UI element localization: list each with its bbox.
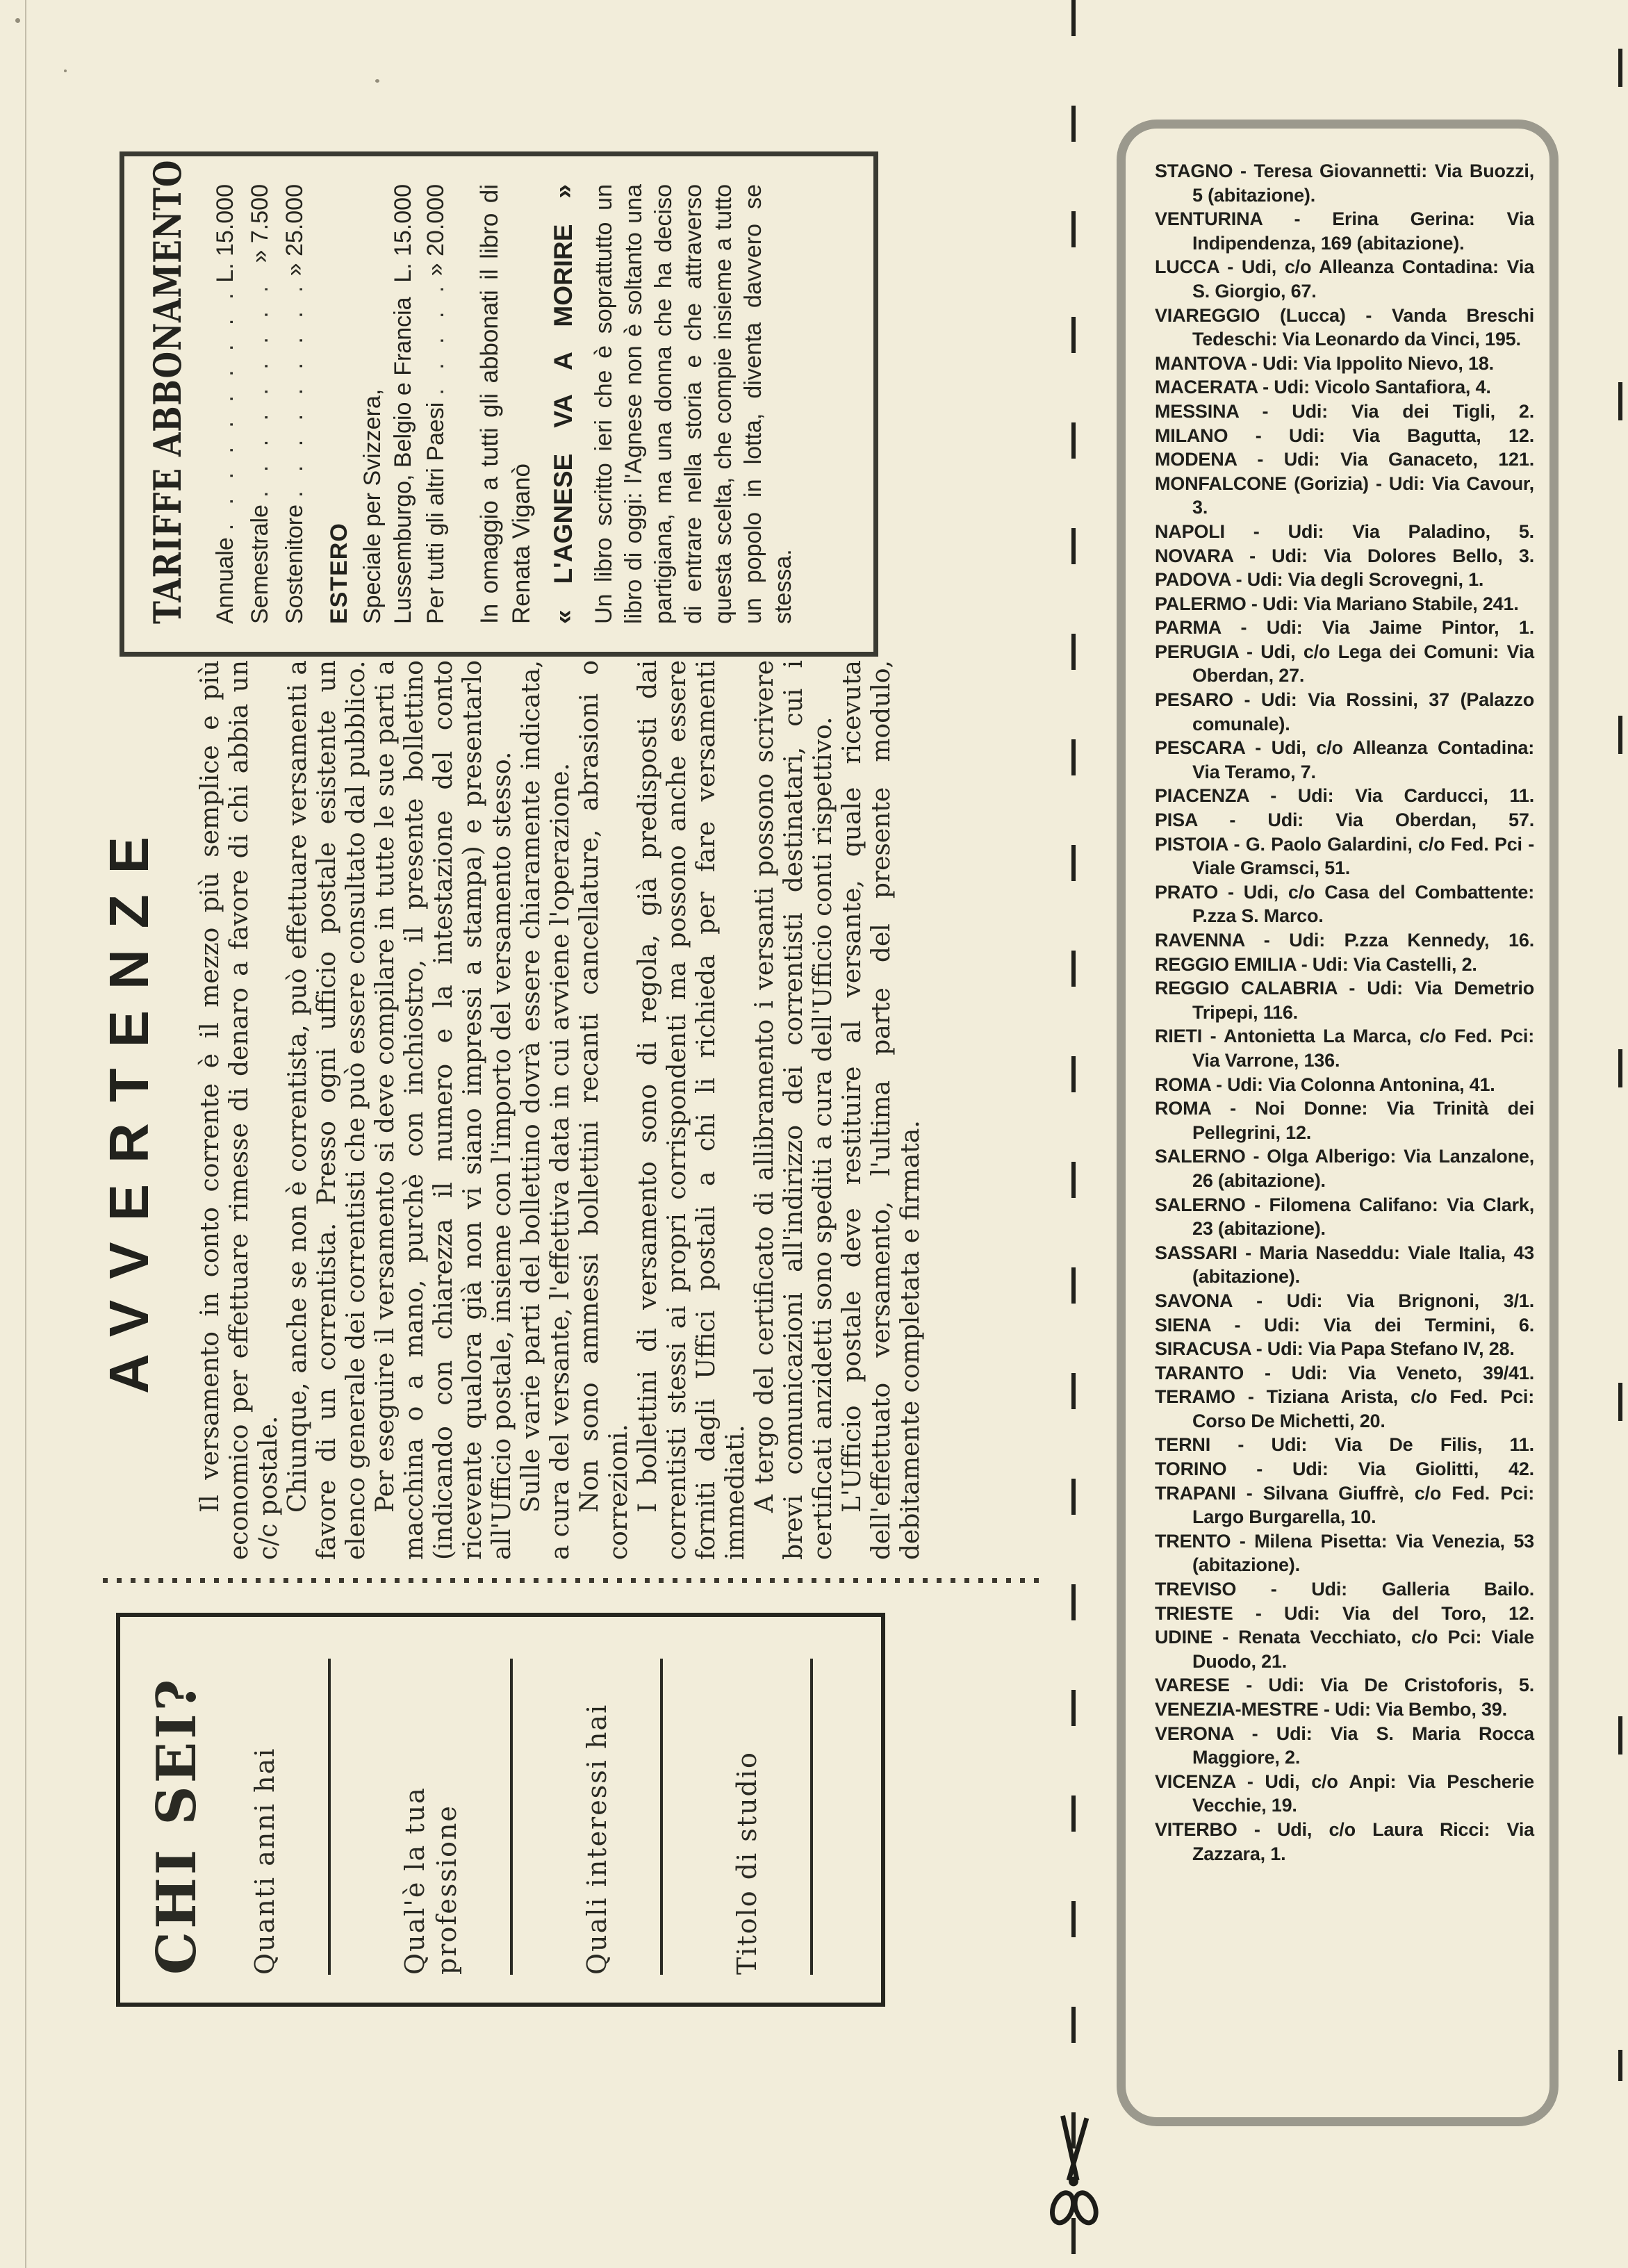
directory-entry: PISTOIA - G. Paolo Galardini, c/o Fed. P… (1155, 832, 1534, 880)
subscription-rates-card: TARIFFE ABBONAMENTO AnnualeL. 15.000Seme… (120, 151, 878, 657)
directory-entry: PRATO - Udi, c/o Casa del Combattente: P… (1155, 880, 1534, 928)
directory-entry: VITERBO - Udi, c/o Laura Ricci: Via Zazz… (1155, 1818, 1534, 1866)
rotated-left-section: TARIFFE ABBONAMENTO AnnualeL. 15.000Seme… (42, 42, 1070, 2224)
rate-row: Semestrale» 7.500 (242, 184, 277, 624)
rate-value: » 25.000 (277, 184, 312, 288)
form-field-blank-line (810, 1659, 813, 1975)
directory-entry: MESSINA - Udi: Via dei Tigli, 2. (1155, 400, 1534, 424)
directory-entry: PERUGIA - Udi, c/o Lega dei Comuni: Via … (1155, 640, 1534, 688)
directory-entry: VENEZIA-MESTRE - Udi: Via Bembo, 39. (1155, 1698, 1534, 1722)
directory-entry: TORINO - Udi: Via Giolitti, 42. (1155, 1457, 1534, 1481)
directory-entry: VENTURINA - Erina Gerina: Via Indipenden… (1155, 207, 1534, 255)
directory-entry: PIACENZA - Udi: Via Carducci, 11. (1155, 784, 1534, 808)
form-field-label: Quali interessi hai (581, 1645, 613, 1975)
rate-label: Sostenitore (277, 504, 312, 624)
avvertenze-paragraph: I bollettini di versamento sono di regol… (634, 660, 750, 1560)
directory-entry: VIAREGGIO (Lucca) - Vanda Breschi Tedesc… (1155, 304, 1534, 352)
avvertenze-paragraph: Il versamento in conto corrente è il mez… (196, 660, 283, 1560)
directory-entry: SALERNO - Filomena Califano: Via Clark, … (1155, 1193, 1534, 1241)
scan-fold-line (25, 0, 26, 2268)
directory-entry: UDINE - Renata Vecchiato, c/o Pci: Viale… (1155, 1625, 1534, 1673)
form-field-label: Qual'è la tua professione (399, 1645, 463, 1975)
directory-entry: MACERATA - Udi: Vicolo Santafiora, 4. (1155, 375, 1534, 400)
dotted-cut-line (103, 1578, 1042, 1583)
avvertenze-paragraph: Non sono ammessi bollettini recanti canc… (575, 660, 634, 1560)
scissors-icon (1035, 2111, 1112, 2230)
directory-entry: NAPOLI - Udi: Via Paladino, 5. (1155, 520, 1534, 544)
rate-label: Annuale (208, 537, 242, 624)
directory-entry: TRIESTE - Udi: Via del Toro, 12. (1155, 1602, 1534, 1626)
avvertenze-paragraph: Chiunque, anche se non è correntista, pu… (283, 660, 371, 1560)
directory-entry: MANTOVA - Udi: Via Ippolito Nievo, 18. (1155, 352, 1534, 376)
estero-rate2-row: Per tutti gli altri Paesi » 20.000 (418, 184, 453, 624)
directory-entry: ROMA - Noi Donne: Via Trinità dei Pelleg… (1155, 1096, 1534, 1144)
avvertenze-paragraph: Sulle varie parti del bollettino dovrà e… (517, 660, 575, 1560)
directory-entry: SAVONA - Udi: Via Brignoni, 3/1. (1155, 1289, 1534, 1313)
avvertenze-paragraph: A tergo del certificato di allibramento … (750, 660, 838, 1560)
gift-note: In omaggio a tutti gli abbonati il libro… (474, 184, 538, 624)
directory-entry: RAVENNA - Udi: P.zza Kennedy, 16. (1155, 928, 1534, 953)
directory-entry: TERAMO - Tiziana Arista, c/o Fed. Pci: C… (1155, 1385, 1534, 1433)
directory-entry: SASSARI - Maria Naseddu: Viale Italia, 4… (1155, 1241, 1534, 1289)
rate-value: » 7.500 (242, 184, 277, 288)
directory-entry: VERONA - Udi: Via S. Maria Rocca Maggior… (1155, 1722, 1534, 1770)
directory-entry: PESCARA - Udi, c/o Alleanza Contadina: V… (1155, 736, 1534, 784)
dot-leader (208, 288, 242, 537)
dot-leader (418, 288, 453, 402)
chi-sei-fields: Quanti anni haiQual'è la tua professione… (249, 1645, 813, 1975)
directory-entry: MILANO - Udi: Via Bagutta, 12. (1155, 424, 1534, 448)
form-field-blank-line (660, 1659, 663, 1975)
book-title: « L'AGNESE VA A MORIRE » (549, 184, 578, 624)
directory-entry: RIETI - Antonietta La Marca, c/o Fed. Pc… (1155, 1024, 1534, 1072)
directory-entry: MODENA - Udi: Via Ganaceto, 121. (1155, 447, 1534, 472)
local-contacts-card: STAGNO - Teresa Giovannetti: Via Buozzi,… (1117, 120, 1559, 2126)
directory-entry: PADOVA - Udi: Via degli Scrovegni, 1. (1155, 568, 1534, 592)
directory-entry: VARESE - Udi: Via De Cristoforis, 5. (1155, 1673, 1534, 1698)
estero-heading: ESTERO (326, 184, 353, 624)
rate-label: Semestrale (242, 504, 277, 624)
avvertenze-section: AVVERTENZE Il versamento in conto corren… (97, 660, 926, 1560)
directory-entry: TERNI - Udi: Via De Filis, 11. (1155, 1433, 1534, 1457)
form-field: Titolo di studio (731, 1645, 813, 1975)
directory-entry: PISA - Udi: Via Oberdan, 57. (1155, 808, 1534, 832)
form-field-label: Titolo di studio (731, 1645, 763, 1975)
directory-entry: LUCCA - Udi, c/o Alleanza Contadina: Via… (1155, 255, 1534, 303)
directory-entry: REGGIO CALABRIA - Udi: Via Demetrio Trip… (1155, 976, 1534, 1024)
directory-entry: TREVISO - Udi: Galleria Bailo. (1155, 1577, 1534, 1602)
directory-entry: SALERNO - Olga Alberigo: Via Lanzalone, … (1155, 1144, 1534, 1192)
form-field-blank-line (510, 1659, 513, 1975)
directory-entry: PESARO - Udi: Via Rossini, 37 (Palazzo c… (1155, 688, 1534, 736)
directory-entry: ROMA - Udi: Via Colonna Antonina, 41. (1155, 1073, 1534, 1097)
rate-row: AnnualeL. 15.000 (208, 184, 242, 624)
directory-entry: NOVARA - Udi: Via Dolores Bello, 3. (1155, 544, 1534, 568)
right-edge-dashed-line (1618, 49, 1622, 2081)
scanned-magazine-page: TARIFFE ABBONAMENTO AnnualeL. 15.000Seme… (0, 0, 1628, 2268)
directory-entry: STAGNO - Teresa Giovannetti: Via Buozzi,… (1155, 159, 1534, 207)
dot-leader (277, 288, 312, 504)
book-blurb: Un libro scritto ieri che è soprattutto … (589, 184, 798, 624)
form-field: Quanti anni hai (249, 1645, 331, 1975)
directory-entry: TRENTO - Milena Pisetta: Via Venezia, 53… (1155, 1529, 1534, 1577)
directory-entry: MONFALCONE (Gorizia) - Udi: Via Cavour, … (1155, 472, 1534, 520)
chi-sei-title: CHI SEI? (145, 1645, 208, 1975)
directory-entry: REGGIO EMILIA - Udi: Via Castelli, 2. (1155, 953, 1534, 977)
ink-speck (15, 18, 20, 23)
vertical-dashed-cut-line (1071, 0, 1076, 2268)
estero-rate2-value: » 20.000 (418, 184, 453, 288)
subscription-card-title: TARIFFE ABBONAMENTO (145, 184, 190, 624)
directory-list: STAGNO - Teresa Giovannetti: Via Buozzi,… (1155, 159, 1534, 1866)
rate-value: L. 15.000 (208, 184, 242, 288)
estero-rate-row: Speciale per Svizzera, Lussemburgo, Belg… (357, 184, 418, 624)
form-field-label: Quanti anni hai (249, 1645, 281, 1975)
directory-entry: PARMA - Udi: Via Jaime Pintor, 1. (1155, 616, 1534, 640)
directory-entry: SIRACUSA - Udi: Via Papa Stefano IV, 28. (1155, 1337, 1534, 1361)
form-field: Quali interessi hai (581, 1645, 663, 1975)
avvertenze-heading: AVVERTENZE (97, 660, 161, 1560)
dot-leader (242, 288, 277, 504)
estero-rate2-label: Per tutti gli altri Paesi (418, 402, 453, 624)
estero-rate-value: L. 15.000 (388, 184, 418, 283)
rate-rows: AnnualeL. 15.000Semestrale» 7.500Sosteni… (208, 184, 312, 624)
chi-sei-card: CHI SEI? Quanti anni haiQual'è la tua pr… (116, 1613, 885, 2007)
directory-entry: PALERMO - Udi: Via Mariano Stabile, 241. (1155, 592, 1534, 616)
directory-entry: TARANTO - Udi: Via Veneto, 39/41. (1155, 1361, 1534, 1386)
directory-entry: SIENA - Udi: Via dei Termini, 6. (1155, 1313, 1534, 1338)
avvertenze-paragraph: Per eseguire il versamento si deve compi… (371, 660, 517, 1560)
rate-row: Sostenitore» 25.000 (277, 184, 312, 624)
form-field-blank-line (328, 1659, 331, 1975)
avvertenze-paragraph: L'Ufficio postale deve restituire al ver… (838, 660, 926, 1560)
directory-entry: TRAPANI - Silvana Giuffrè, c/o Fed. Pci:… (1155, 1481, 1534, 1529)
avvertenze-body: Il versamento in conto corrente è il mez… (196, 660, 926, 1560)
estero-rate-label: Speciale per Svizzera, Lussemburgo, Belg… (357, 290, 418, 624)
directory-entry: VICENZA - Udi, c/o Anpi: Via Pescherie V… (1155, 1770, 1534, 1818)
form-field: Qual'è la tua professione (399, 1645, 513, 1975)
